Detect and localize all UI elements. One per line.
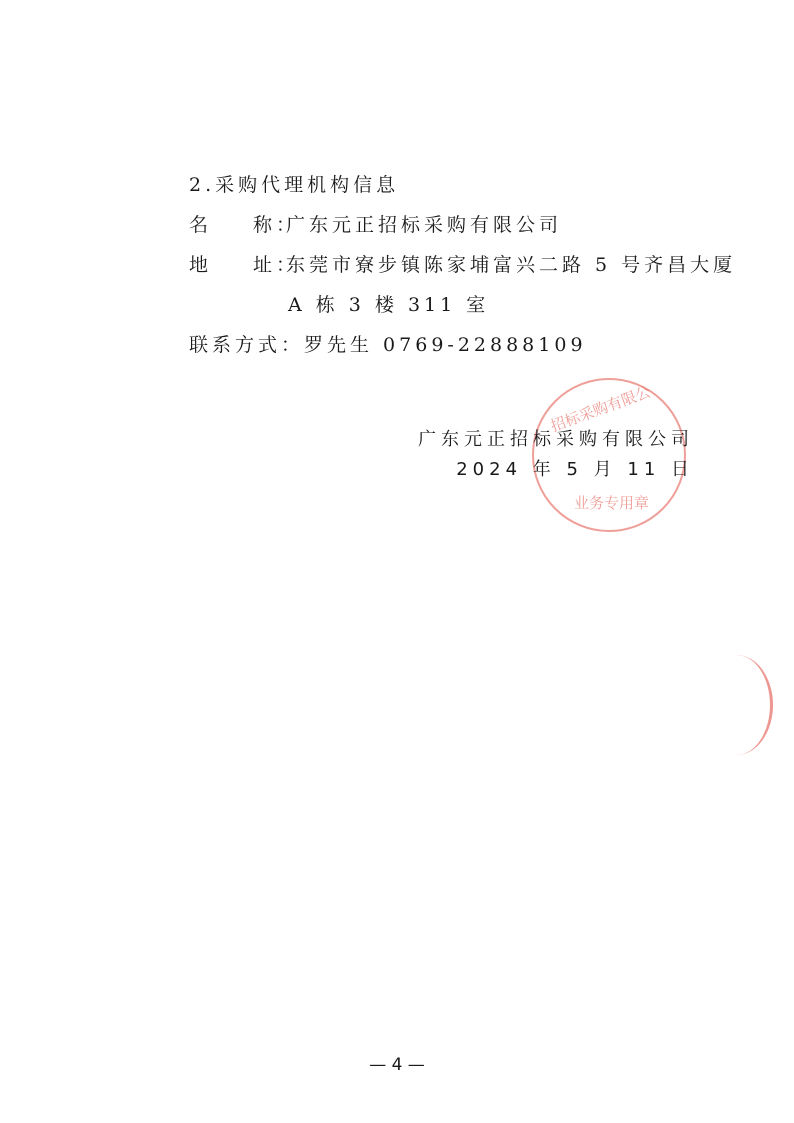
agency-address-row: 地址：东莞市寮步镇陈家埔富兴二路 5 号齐昌大厦 — [189, 250, 736, 277]
seam-stamp-fragment — [700, 655, 773, 755]
stamp-text-bottom: 业务专用章 — [574, 492, 649, 513]
signature-date: 2024 年 5 月 11 日 — [456, 455, 694, 481]
agency-name-row: 名称：广东元正招标采购有限公司 — [189, 210, 562, 237]
page-number: — 4 — — [0, 1055, 794, 1075]
agency-contact-label: 联系方式： — [189, 334, 304, 356]
agency-address-label: 地址： — [189, 250, 286, 277]
agency-address-value: 东莞市寮步镇陈家埔富兴二路 5 号齐昌大厦 — [286, 254, 736, 276]
agency-contact-row: 联系方式：罗先生 0769-22888109 — [189, 330, 587, 357]
signature-company: 广东元正招标采购有限公司 — [418, 425, 694, 451]
agency-contact-value: 罗先生 0769-22888109 — [304, 334, 587, 356]
agency-name-value: 广东元正招标采购有限公司 — [286, 214, 562, 236]
section-heading: 2.采购代理机构信息 — [189, 170, 399, 197]
agency-address-continuation: A 栋 3 楼 311 室 — [288, 290, 489, 317]
agency-name-label: 名称： — [189, 210, 286, 237]
